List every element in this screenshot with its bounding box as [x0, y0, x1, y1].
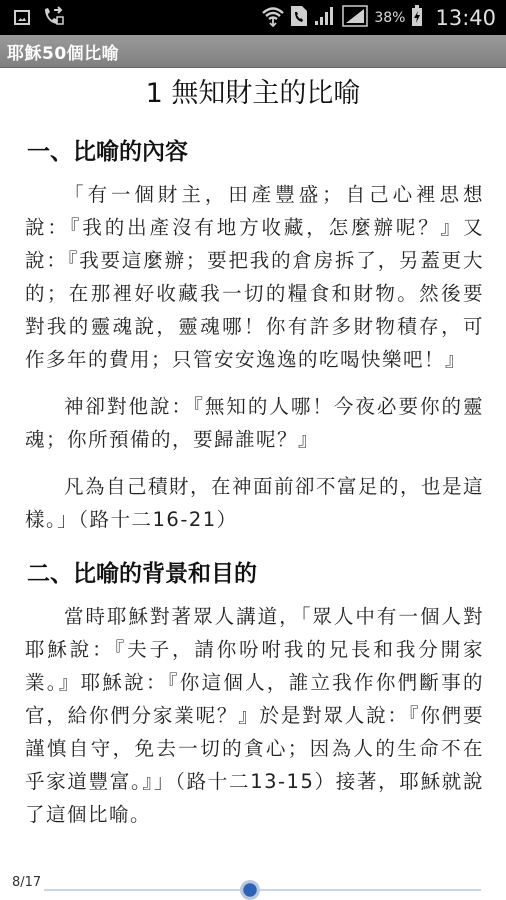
sim-call-icon	[290, 5, 308, 31]
battery-charging-icon	[411, 5, 423, 31]
battery-percent: 38%	[374, 10, 405, 26]
page-progress: 8/17	[0, 868, 506, 900]
wifi-icon	[262, 5, 284, 31]
section-heading-background: 二、比喻的背景和目的	[0, 556, 506, 592]
page-counter: 8/17	[12, 875, 41, 890]
paragraph: 神卻對他說：『無知的人哪！今夜必要你的靈魂；你所預備的，要歸誰呢？』	[0, 390, 506, 456]
paragraph: 凡為自己積財，在神面前卻不富足的，也是這樣。」（路十二16-21）	[0, 470, 506, 536]
image-notification-icon	[14, 10, 30, 25]
signal-boxed-icon	[342, 5, 368, 31]
page-slider-track[interactable]	[44, 889, 481, 891]
clock: 13:40	[435, 6, 496, 30]
document-title: 1 無知財主的比喻	[0, 74, 506, 114]
signal-icon	[314, 6, 336, 30]
app-title: 耶穌50個比喻	[0, 39, 119, 64]
page-slider-thumb[interactable]	[240, 880, 260, 900]
status-bar: 38% 13:40	[0, 0, 506, 35]
paragraph: 當時耶穌對著眾人講道，「眾人中有一個人對耶穌說：『夫子，請你吩咐我的兄長和我分開…	[0, 600, 506, 831]
paragraph: 「有一個財主，田產豐盛；自己心裡思想說：『我的出產沒有地方收藏，怎麼辦呢？』又說…	[0, 178, 506, 376]
section-heading-content: 一、比喻的內容	[0, 134, 506, 170]
app-bar: 耶穌50個比喻	[0, 35, 506, 68]
call-forward-icon	[42, 6, 64, 30]
reader-content[interactable]: 1 無知財主的比喻 一、比喻的內容 「有一個財主，田產豐盛；自己心裡思想說：『我…	[0, 68, 506, 868]
